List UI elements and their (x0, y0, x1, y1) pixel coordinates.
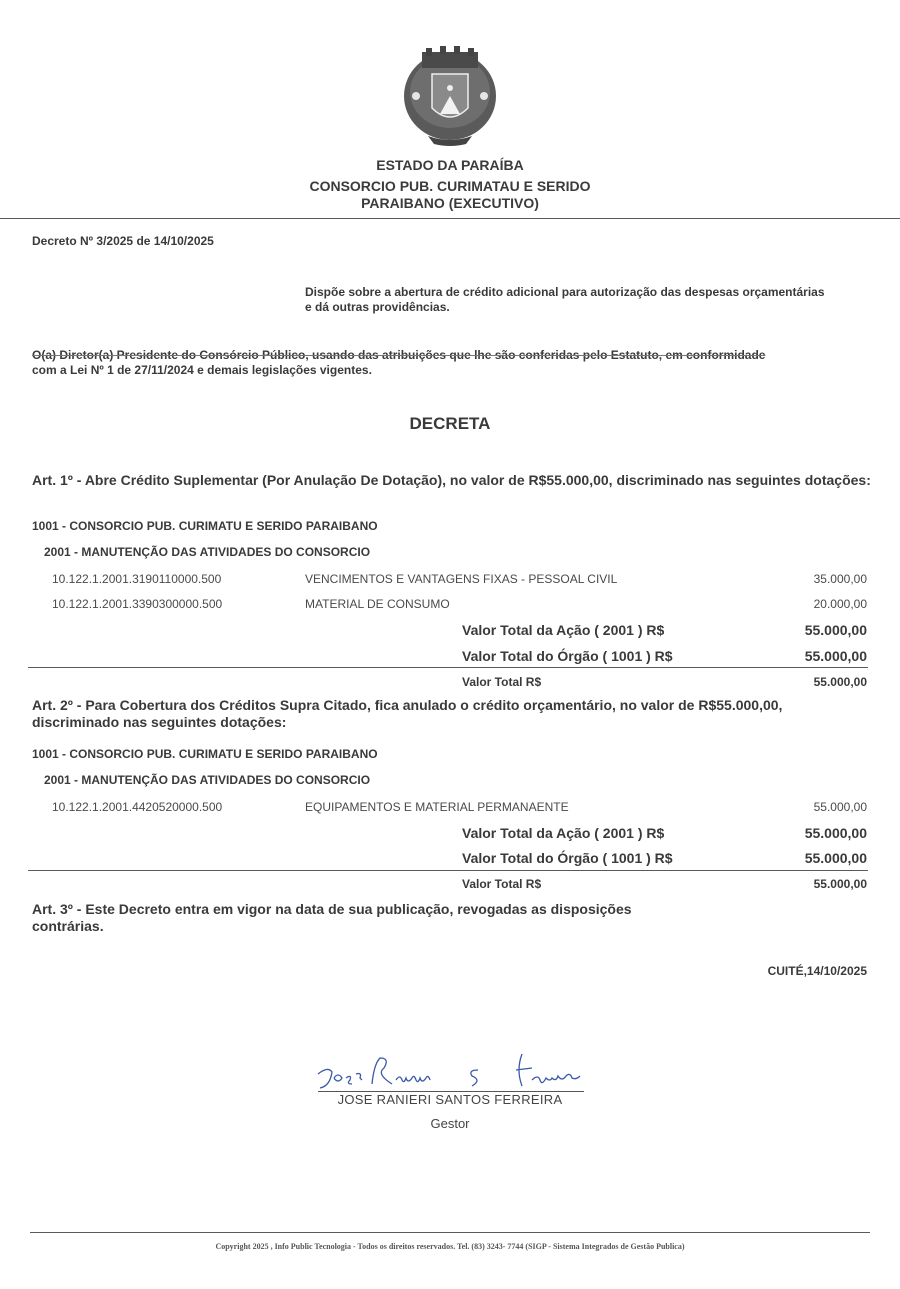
article-3-text: Art. 3º - Este Decreto entra em vigor na… (32, 901, 692, 935)
preamble: O(a) Diretor(a) Presidente do Consórcio … (32, 348, 872, 378)
totals-divider (28, 870, 868, 871)
budget-value: 55.000,00 (814, 800, 867, 814)
total-acao-value: 55.000,00 (805, 825, 867, 841)
grand-total-label: Valor Total R$ (462, 675, 541, 689)
totals-divider (28, 667, 868, 668)
article-2-acao: 2001 - MANUTENÇÃO DAS ATIVIDADES DO CONS… (44, 773, 370, 787)
decreta-heading: DECRETA (0, 414, 900, 434)
total-orgao-label: Valor Total do Órgão ( 1001 ) R$ (462, 648, 673, 664)
total-orgao-value: 55.000,00 (805, 648, 867, 664)
decree-summary: Dispõe sobre a abertura de crédito adici… (305, 285, 825, 315)
total-acao-label: Valor Total da Ação ( 2001 ) R$ (462, 825, 664, 841)
decree-number: Decreto Nº 3/2025 de 14/10/2025 (32, 234, 214, 248)
article-2-text: Art. 2º - Para Cobertura dos Créditos Su… (32, 697, 872, 731)
budget-value: 35.000,00 (814, 572, 867, 586)
article-1-text: Art. 1º - Abre Crédito Suplementar (Por … (32, 472, 872, 489)
grand-total-value: 55.000,00 (814, 675, 867, 689)
budget-code: 10.122.1.2001.3190110000.500 (52, 572, 221, 586)
place-and-date: CUITÉ,14/10/2025 (768, 964, 867, 978)
budget-description: MATERIAL DE CONSUMO (305, 597, 450, 611)
state-name: ESTADO DA PARAÍBA (0, 156, 900, 174)
budget-code: 10.122.1.2001.3390300000.500 (52, 597, 222, 611)
total-orgao-value: 55.000,00 (805, 850, 867, 866)
preamble-struck-text: O(a) Diretor(a) Presidente do Consórcio … (32, 348, 765, 362)
header-divider (0, 218, 900, 219)
entity-name-line1: CONSORCIO PUB. CURIMATAU E SERIDO (0, 177, 900, 195)
grand-total-label: Valor Total R$ (462, 877, 541, 891)
budget-code: 10.122.1.2001.4420520000.500 (52, 800, 222, 814)
footer-divider (30, 1232, 870, 1233)
budget-description: EQUIPAMENTOS E MATERIAL PERMANAENTE (305, 800, 569, 814)
copyright-footer: Copyright 2025 , Info Public Tecnologia … (0, 1242, 900, 1251)
preamble-text: com a Lei Nº 1 de 27/11/2024 e demais le… (32, 363, 372, 377)
total-acao-value: 55.000,00 (805, 622, 867, 638)
grand-total-value: 55.000,00 (814, 877, 867, 891)
article-2-orgao: 1001 - CONSORCIO PUB. CURIMATU E SERIDO … (32, 747, 378, 761)
handwritten-signature (310, 1044, 600, 1092)
budget-value: 20.000,00 (814, 597, 867, 611)
signer-role: Gestor (300, 1116, 600, 1131)
coat-of-arms-logo (388, 44, 512, 150)
article-1-acao: 2001 - MANUTENÇÃO DAS ATIVIDADES DO CONS… (44, 545, 370, 559)
total-acao-label: Valor Total da Ação ( 2001 ) R$ (462, 622, 664, 638)
article-1-orgao: 1001 - CONSORCIO PUB. CURIMATU E SERIDO … (32, 519, 378, 533)
total-orgao-label: Valor Total do Órgão ( 1001 ) R$ (462, 850, 673, 866)
signer-name: JOSE RANIERI SANTOS FERREIRA (300, 1092, 600, 1107)
budget-description: VENCIMENTOS E VANTAGENS FIXAS - PESSOAL … (305, 572, 617, 586)
entity-name-line2: PARAIBANO (EXECUTIVO) (0, 194, 900, 212)
